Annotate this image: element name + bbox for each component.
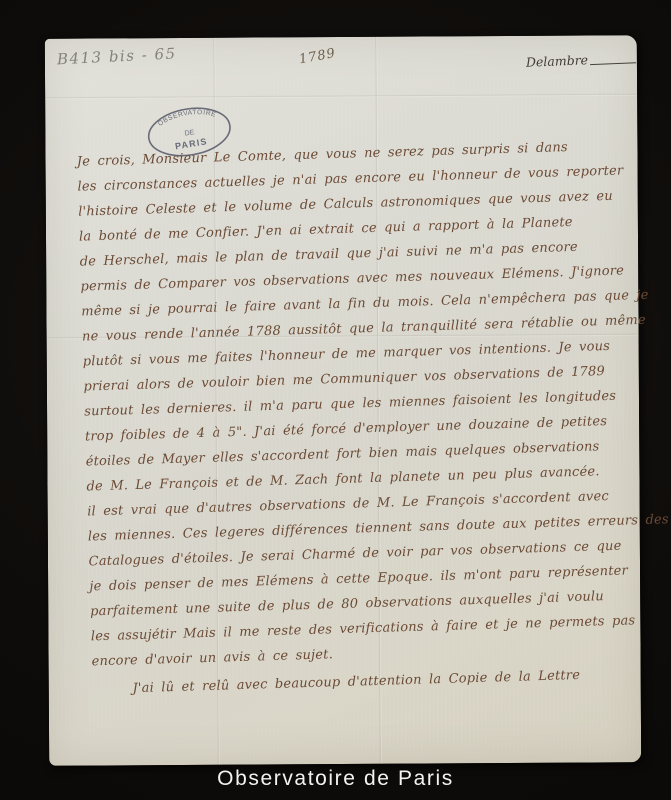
letter-body: Je crois, Monsieur Le Comte, que vous ne…: [76, 134, 624, 703]
year-annotation: 1789: [298, 46, 337, 67]
author-annotation: Delambre: [526, 50, 637, 70]
stamp-text-middle: DE: [184, 129, 195, 138]
archival-reference-annotation: B413 bis - 65: [57, 44, 177, 68]
underline-flourish: [590, 62, 636, 65]
author-annotation-text: Delambre: [526, 52, 589, 70]
manuscript-page: B413 bis - 65 1789 Delambre OBSERVATOIRE…: [45, 35, 641, 766]
manuscript-scan: B413 bis - 65 1789 Delambre OBSERVATOIRE…: [0, 0, 671, 800]
fold-crease-horizontal: [45, 93, 637, 100]
caption-text: Observatoire de Paris: [0, 767, 671, 791]
